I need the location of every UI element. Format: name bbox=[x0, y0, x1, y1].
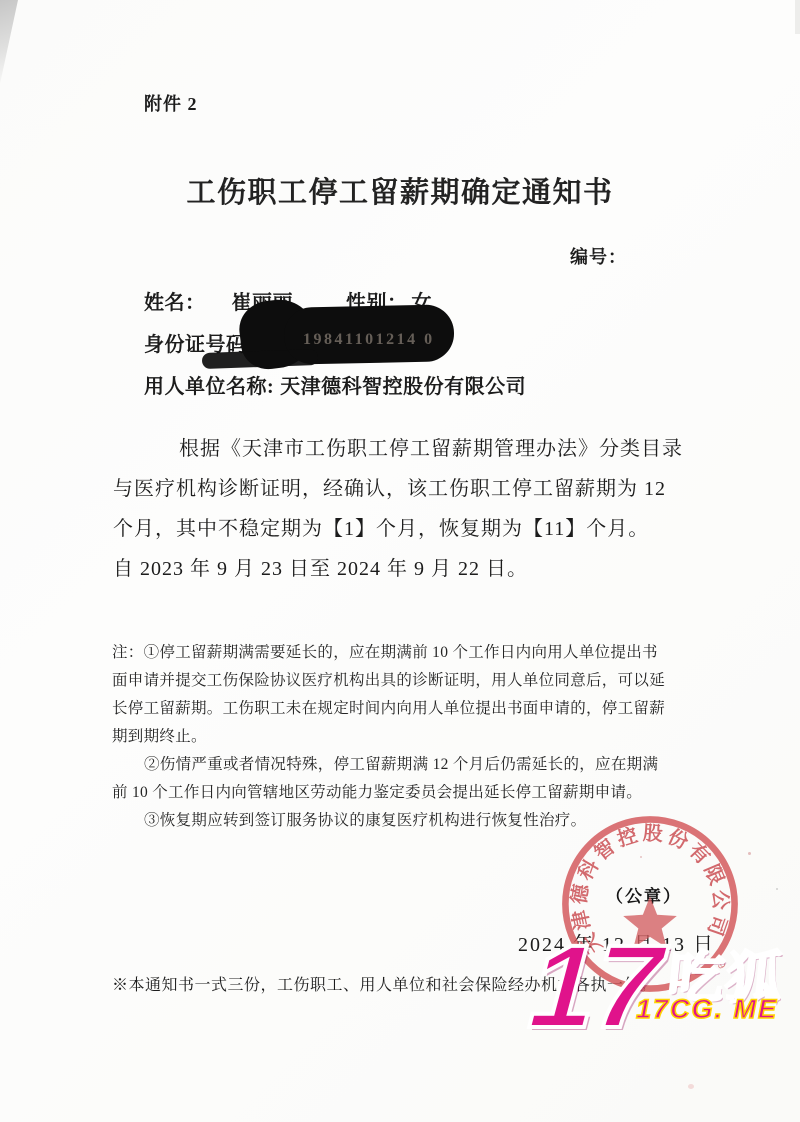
note-line: 注：①停工留薪期满需要延长的，应在期满前 10 个工作日内向用人单位提出书 bbox=[112, 640, 732, 662]
document-number-label: 编号： bbox=[570, 243, 627, 269]
redaction-marker-tail bbox=[202, 349, 318, 369]
body-line: 个月，其中不稳定期为【1】个月，恢复期为【11】个月。 bbox=[113, 512, 733, 541]
employer-row: 用人单位名称:天津德科智控股份有限公司 bbox=[144, 370, 526, 399]
note-line: 前 10 个工作日内向管辖地区劳动能力鉴定委员会提出延长停工留薪期申请。 bbox=[112, 780, 732, 802]
id-faint-digits: 19841101214 0 bbox=[303, 331, 435, 349]
body-line: 自 2023 年 9 月 23 日至 2024 年 9 月 22 日。 bbox=[113, 552, 733, 581]
body-line: 根据《天津市工伤职工停工留薪期管理办法》分类目录 bbox=[113, 432, 799, 461]
body-line: 与医疗机构诊断证明，经确认，该工伤职工停工留薪期为 12 bbox=[113, 472, 733, 501]
scan-corner-artifact bbox=[0, 0, 18, 84]
scanned-document-page: 附件 2 工伤职工停工留薪期确定通知书 编号： 姓名：崔丽丽性别：女 身份证号码… bbox=[0, 0, 800, 1122]
scan-speck bbox=[748, 852, 751, 855]
note-line: 期到期终止。 bbox=[112, 724, 732, 746]
scan-speck bbox=[688, 1084, 694, 1089]
document-title: 工伤职工停工留薪期确定通知书 bbox=[0, 170, 800, 211]
scan-edge-artifact bbox=[795, 0, 800, 34]
note-line: 长停工留薪期。工伤职工未在规定时间内向用人单位提出书面申请的，停工留薪 bbox=[112, 696, 732, 718]
note-line: 面申请并提交工伤保险协议医疗机构出具的诊断证明，用人单位同意后，可以延 bbox=[112, 668, 732, 690]
watermark-17: 17 bbox=[526, 928, 666, 1046]
watermark-site-text: 17CG. ME bbox=[636, 996, 778, 1023]
employer-value: 天津德科智控股份有限公司 bbox=[280, 376, 526, 398]
attachment-label: 附件 2 bbox=[144, 90, 198, 116]
name-label: 姓名： bbox=[144, 292, 206, 314]
employer-label: 用人单位名称: bbox=[144, 376, 274, 398]
scan-speck bbox=[776, 888, 778, 890]
note-line: ②伤情严重或者情况特殊，停工留薪期满 12 个月后仍需延长的，应在期满 bbox=[112, 752, 764, 774]
